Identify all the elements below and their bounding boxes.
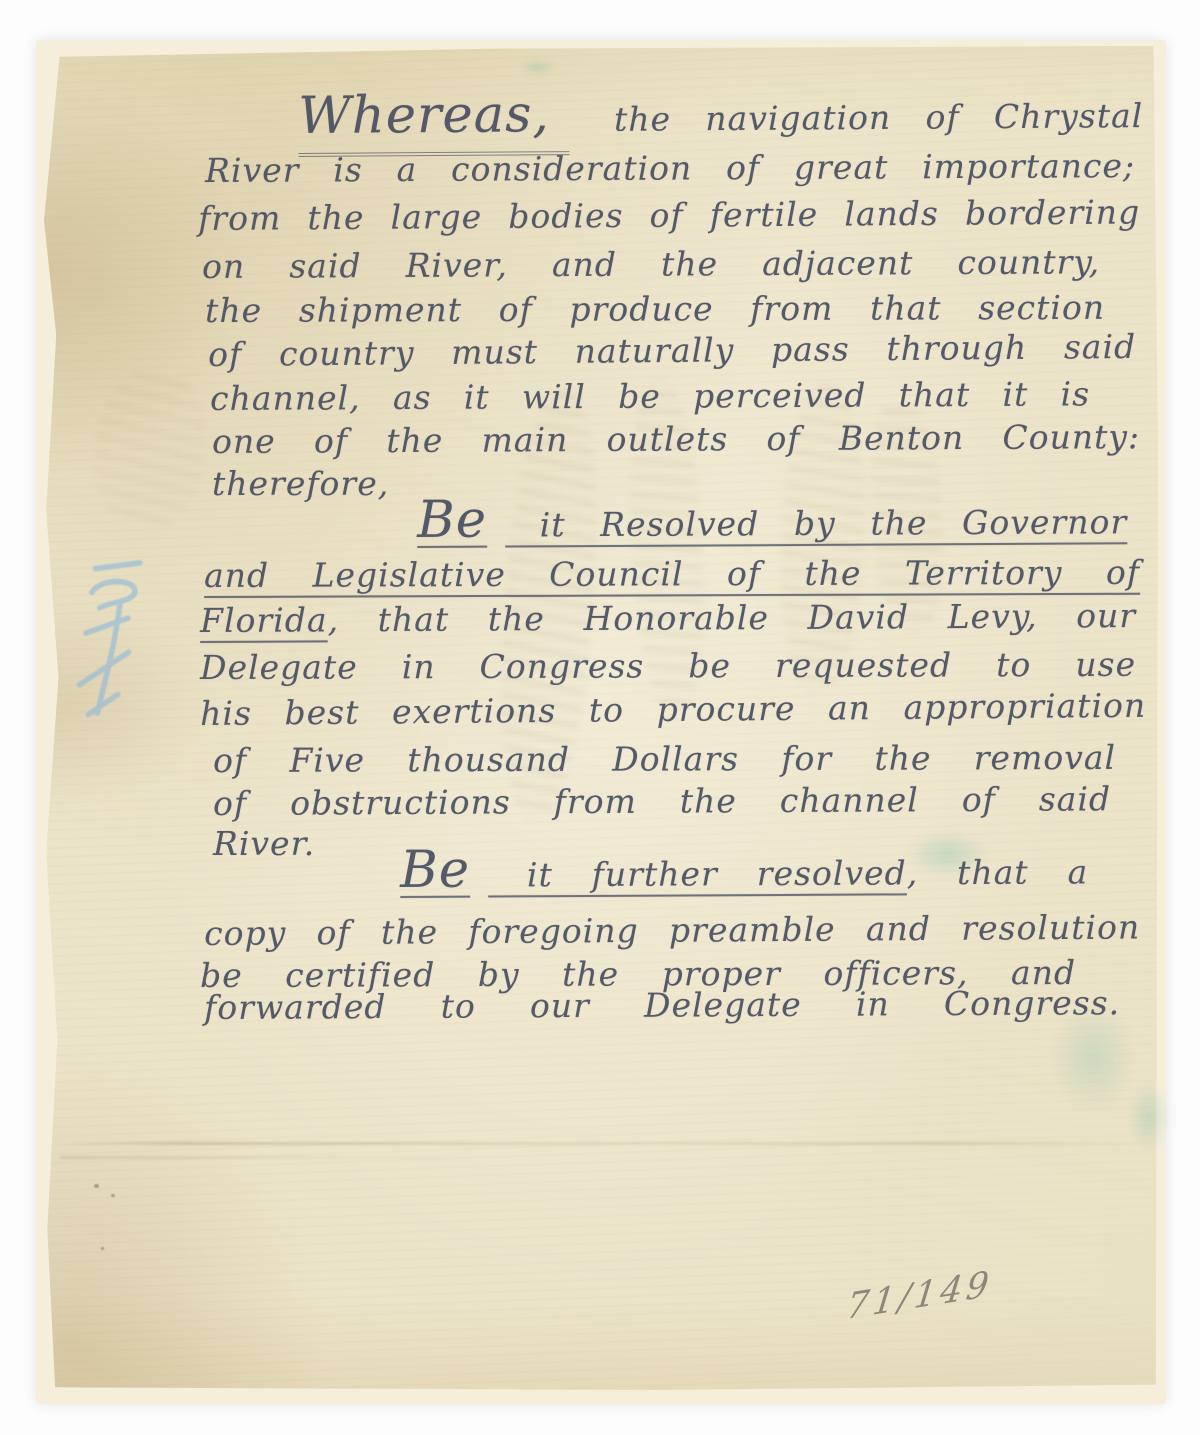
manuscript-line-4: on said River, and the adjacent country, bbox=[202, 241, 1100, 287]
handwriting-text: resolved bbox=[757, 853, 907, 893]
handwriting-text: copy of the foregoing preamble and resol… bbox=[204, 907, 1140, 953]
handwriting-text: therefore, bbox=[212, 464, 389, 503]
manuscript-line-19: copy of the foregoing preamble and resol… bbox=[204, 906, 1140, 954]
handwriting-text: of country must naturally pass through s… bbox=[208, 327, 1136, 374]
manuscript-line-3: from the large bodies of fertile lands b… bbox=[198, 191, 1140, 239]
manuscript-line-10: Be it Resolved by the Governor bbox=[417, 485, 1127, 553]
manuscript-line-14: his best exertions to procure an appropr… bbox=[200, 685, 1146, 735]
handwriting-text: Florida bbox=[200, 600, 328, 640]
document-scan: Whereas, the navigation of ChrystalRiver… bbox=[0, 0, 1200, 1435]
manuscript-line-17: River. bbox=[213, 823, 315, 864]
manuscript-line-6: of country must naturally pass through s… bbox=[208, 326, 1136, 375]
manuscript-line-21: forwarded to our Delegate in Congress. bbox=[204, 982, 1120, 1028]
handwriting-text: it further bbox=[488, 854, 757, 894]
handwriting-text: River is a consideration of great import… bbox=[205, 146, 1135, 190]
handwriting-text: his best exertions to procure an appropr… bbox=[200, 686, 1146, 733]
manuscript-line-9: therefore, bbox=[212, 463, 389, 504]
manuscript-line-18: Be it further resolved, that a bbox=[400, 835, 1088, 903]
handwriting-text: on said River, and the adjacent country, bbox=[202, 242, 1100, 286]
manuscript-line-11: and Legislative Council of the Territory… bbox=[204, 552, 1140, 597]
handwriting-text: , that a bbox=[907, 852, 1089, 892]
handwriting-text: the shipment of produce from that sectio… bbox=[205, 288, 1105, 330]
handwriting-text: Delegate in Congress be requested to use bbox=[200, 645, 1136, 687]
manuscript-line-2: River is a consideration of great import… bbox=[205, 145, 1135, 191]
handwriting-text: of obstructions from the channel of said bbox=[213, 779, 1111, 823]
manuscript-line-8: one of the main outlets of Benton County… bbox=[212, 416, 1140, 462]
handwriting-text: from the large bodies of fertile lands b… bbox=[198, 192, 1140, 238]
manuscript-line-5: the shipment of produce from that sectio… bbox=[205, 287, 1105, 331]
manuscript-line-13: Delegate in Congress be requested to use bbox=[200, 644, 1136, 689]
handwriting-text: one of the main outlets of Benton County… bbox=[212, 417, 1140, 461]
manuscript-text-block: Whereas, the navigation of ChrystalRiver… bbox=[0, 0, 1200, 1435]
handwriting-text: the navigation of Chrystal bbox=[580, 96, 1144, 139]
handwriting-text: and Legislative Council of the Territory… bbox=[204, 553, 1140, 595]
manuscript-line-16: of obstructions from the channel of said bbox=[213, 778, 1111, 824]
handwriting-text: it Resolved by the Governor bbox=[505, 502, 1127, 544]
manuscript-line-1: Whereas, the navigation of Chrystal bbox=[298, 79, 1143, 149]
handwriting-text: of Five thousand Dollars for the removal bbox=[213, 738, 1116, 780]
manuscript-line-7: channel, as it will be perceived that it… bbox=[210, 373, 1090, 419]
handwriting-text: Whereas, bbox=[298, 85, 570, 157]
handwriting-text: Be bbox=[417, 491, 487, 550]
handwriting-text: River. bbox=[213, 824, 315, 863]
handwriting-text: channel, as it will be perceived that it… bbox=[210, 374, 1090, 418]
manuscript-line-12: Florida, that the Honorable David Levy, … bbox=[200, 595, 1136, 641]
handwriting-text: Be bbox=[400, 841, 470, 900]
handwriting-text: , that the Honorable David Levy, our bbox=[327, 596, 1136, 639]
manuscript-line-15: of Five thousand Dollars for the removal bbox=[213, 737, 1116, 781]
handwriting-text: forwarded to our Delegate in Congress. bbox=[204, 983, 1120, 1027]
